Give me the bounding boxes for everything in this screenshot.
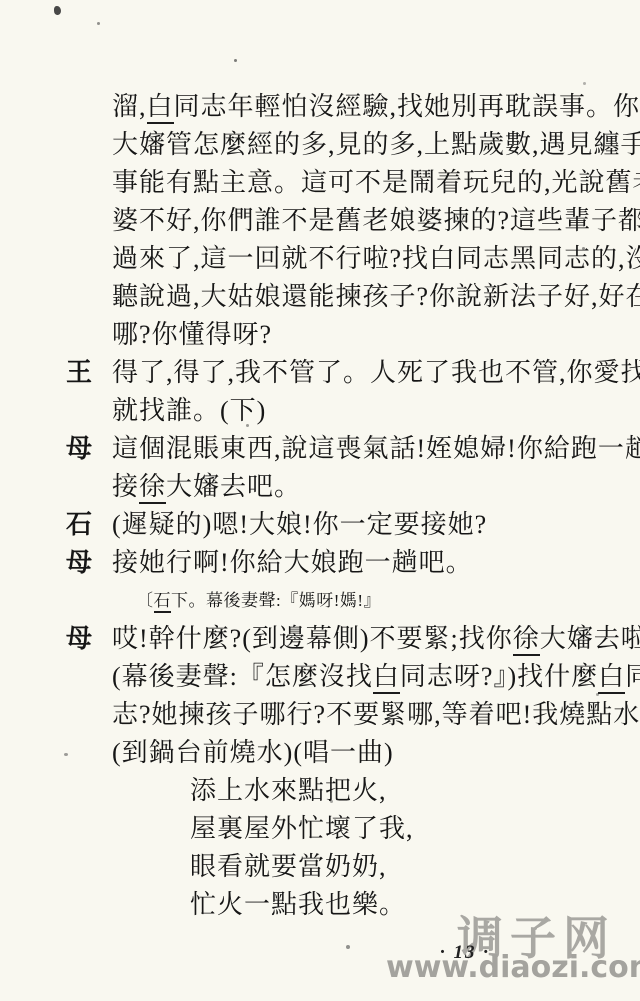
text-segment: 接她行啊!你給大娘跑一趟吧。 <box>112 548 473 577</box>
dialogue-line: 婆不好,你們誰不是舊老娘婆揀的?這些輩子都過 <box>112 202 640 240</box>
script-line: 眼看就要當奶奶, <box>66 848 572 886</box>
dialogue-line: 接她行啊!你給大娘跑一趟吧。 <box>112 544 572 582</box>
proper-name-mark: 徐 <box>513 624 540 656</box>
speaker-label: 母 <box>66 544 112 582</box>
dialogue-line: (遲疑的)嗯!大娘!你一定要接她? <box>112 506 572 544</box>
ink-speck <box>54 6 61 15</box>
script-line: 事能有點主意。這可不是鬧着玩兒的,光說舊老娘 <box>66 164 572 202</box>
dialogue-line: 得了,得了,我不管了。人死了我也不管,你愛找誰 <box>112 354 640 392</box>
ink-speck <box>583 82 586 85</box>
script-line: (到鍋台前燒水)(唱一曲) <box>66 734 572 772</box>
proper-name-mark: 白 <box>147 92 174 124</box>
script-line: 接徐大嬸去吧。 <box>66 468 572 506</box>
scanned-page: 溜,白同志年輕怕沒經驗,找她別再耽誤事。你徐大嬸管怎麼經的多,見的多,上點歲數,… <box>0 0 640 1001</box>
text-segment: 大嬸去吧。 <box>166 472 301 501</box>
text-segment: 眼看就要當奶奶, <box>190 852 387 881</box>
text-segment: 接 <box>112 472 139 501</box>
script-text-block: 溜,白同志年輕怕沒經驗,找她別再耽誤事。你徐大嬸管怎麼經的多,見的多,上點歲數,… <box>66 88 572 924</box>
speaker-label: 石 <box>66 506 112 544</box>
ink-speck <box>246 424 249 427</box>
text-segment: 大嬸去啦。 <box>540 624 640 653</box>
dialogue-line: 過來了,這一回就不行啦?找白同志黑同志的,沒 <box>112 240 640 278</box>
text-segment: 添上水來點把火, <box>190 776 387 805</box>
proper-name-mark: 石 <box>154 591 172 613</box>
text-segment: 哪?你懂得呀? <box>112 320 272 349</box>
text-segment: 〔 <box>136 591 154 610</box>
dialogue-line: 哎!幹什麼?(到邊幕側)不要緊;找你徐大嬸去啦。 <box>112 620 640 658</box>
ink-speck <box>234 59 237 62</box>
dialogue-line: 聽說過,大姑娘還能揀孩子?你說新法子好,好在 <box>112 278 640 316</box>
speaker-label: 母 <box>66 620 112 658</box>
script-line: 屋裏屋外忙壞了我, <box>66 810 572 848</box>
dialogue-line: 事能有點主意。這可不是鬧着玩兒的,光說舊老娘 <box>112 164 640 202</box>
script-line: 大嬸管怎麼經的多,見的多,上點歲數,遇見纏手 <box>66 126 572 164</box>
text-segment: 下。幕後妻聲:『媽呀!媽!』 <box>171 591 381 610</box>
verse-line: 添上水來點把火, <box>112 772 572 810</box>
script-line: 王得了,得了,我不管了。人死了我也不管,你愛找誰 <box>66 354 572 392</box>
text-segment: 忙火一點我也樂。 <box>190 890 406 919</box>
script-line: 婆不好,你們誰不是舊老娘婆揀的?這些輩子都過 <box>66 202 572 240</box>
proper-name-mark: 白 <box>598 662 625 694</box>
dialogue-line: 這個混賬東西,說這喪氣話!姪媳婦!你給跑一趟, <box>112 430 640 468</box>
dialogue-line: (到鍋台前燒水)(唱一曲) <box>112 734 572 772</box>
dialogue-line: 大嬸管怎麼經的多,見的多,上點歲數,遇見纏手 <box>112 126 640 164</box>
ink-speck <box>330 800 333 803</box>
script-line: (幕後妻聲:『怎麼沒找白同志呀?』)找什麼白同 <box>66 658 572 696</box>
ink-speck <box>346 945 350 949</box>
text-segment: 過來了,這一回就不行啦?找白同志黑同志的,沒 <box>112 244 640 273</box>
ink-speck <box>608 364 611 367</box>
script-line: 溜,白同志年輕怕沒經驗,找她別再耽誤事。你徐 <box>66 88 572 126</box>
dialogue-line: 就找誰。(下) <box>112 392 572 430</box>
watermark-site-url: www.diaozi.com <box>386 950 640 985</box>
text-segment: 同 <box>625 662 640 691</box>
text-segment: 哎!幹什麼?(到邊幕側)不要緊;找你 <box>112 624 513 653</box>
dialogue-line: 接徐大嬸去吧。 <box>112 468 572 506</box>
script-line: 過來了,這一回就不行啦?找白同志黑同志的,沒 <box>66 240 572 278</box>
text-segment: 得了,得了,我不管了。人死了我也不管,你愛找誰 <box>112 358 640 387</box>
text-segment: 同志呀?』)找什麼 <box>400 662 598 691</box>
text-segment: (到鍋台前燒水)(唱一曲) <box>112 738 394 767</box>
text-segment: 屋裏屋外忙壞了我, <box>190 814 414 843</box>
stage-direction: 〔石下。幕後妻聲:『媽呀!媽!』 <box>112 582 572 620</box>
speaker-label: 母 <box>66 430 112 468</box>
text-segment: 大嬸管怎麼經的多,見的多,上點歲數,遇見纏手 <box>112 130 640 159</box>
text-segment: 事能有點主意。這可不是鬧着玩兒的,光說舊老娘 <box>112 168 640 197</box>
script-line: 就找誰。(下) <box>66 392 572 430</box>
script-line: 〔石下。幕後妻聲:『媽呀!媽!』 <box>66 582 572 620</box>
script-line: 石(遲疑的)嗯!大娘!你一定要接她? <box>66 506 572 544</box>
script-line: 添上水來點把火, <box>66 772 572 810</box>
script-line: 母這個混賬東西,說這喪氣話!姪媳婦!你給跑一趟, <box>66 430 572 468</box>
text-segment: 就找誰。(下) <box>112 396 266 425</box>
script-line: 母接她行啊!你給大娘跑一趟吧。 <box>66 544 572 582</box>
proper-name-mark: 徐 <box>139 472 166 504</box>
script-line: 母哎!幹什麼?(到邊幕側)不要緊;找你徐大嬸去啦。 <box>66 620 572 658</box>
text-segment: 聽說過,大姑娘還能揀孩子?你說新法子好,好在 <box>112 282 640 311</box>
dialogue-line: 哪?你懂得呀? <box>112 316 572 354</box>
proper-name-mark: 白 <box>373 662 400 694</box>
text-segment: (幕後妻聲:『怎麼沒找 <box>112 662 373 691</box>
dialogue-line: 溜,白同志年輕怕沒經驗,找她別再耽誤事。你徐 <box>112 88 640 126</box>
speaker-label: 王 <box>66 354 112 392</box>
ink-speck <box>596 693 599 696</box>
verse-line: 屋裏屋外忙壞了我, <box>112 810 572 848</box>
script-line: 聽說過,大姑娘還能揀孩子?你說新法子好,好在 <box>66 278 572 316</box>
text-segment: 志?她揀孩子哪行?不要緊哪,等着吧!我燒點水。 <box>112 700 640 729</box>
ink-speck <box>97 22 100 25</box>
text-segment: 同志年輕怕沒經驗,找她別再耽誤事。你 <box>174 92 640 121</box>
dialogue-line: 志?她揀孩子哪行?不要緊哪,等着吧!我燒點水。 <box>112 696 640 734</box>
verse-line: 眼看就要當奶奶, <box>112 848 572 886</box>
text-segment: 這個混賬東西,說這喪氣話!姪媳婦!你給跑一趟, <box>112 434 640 463</box>
ink-speck <box>582 247 585 250</box>
text-segment: 溜, <box>112 92 147 121</box>
page-number: · 13 · <box>440 942 490 964</box>
script-line: 志?她揀孩子哪行?不要緊哪,等着吧!我燒點水。 <box>66 696 572 734</box>
ink-speck <box>64 753 68 756</box>
text-segment: 婆不好,你們誰不是舊老娘婆揀的?這些輩子都過 <box>112 206 640 235</box>
text-segment: (遲疑的)嗯!大娘!你一定要接她? <box>112 510 487 539</box>
script-line: 哪?你懂得呀? <box>66 316 572 354</box>
dialogue-line: (幕後妻聲:『怎麼沒找白同志呀?』)找什麼白同 <box>112 658 640 696</box>
